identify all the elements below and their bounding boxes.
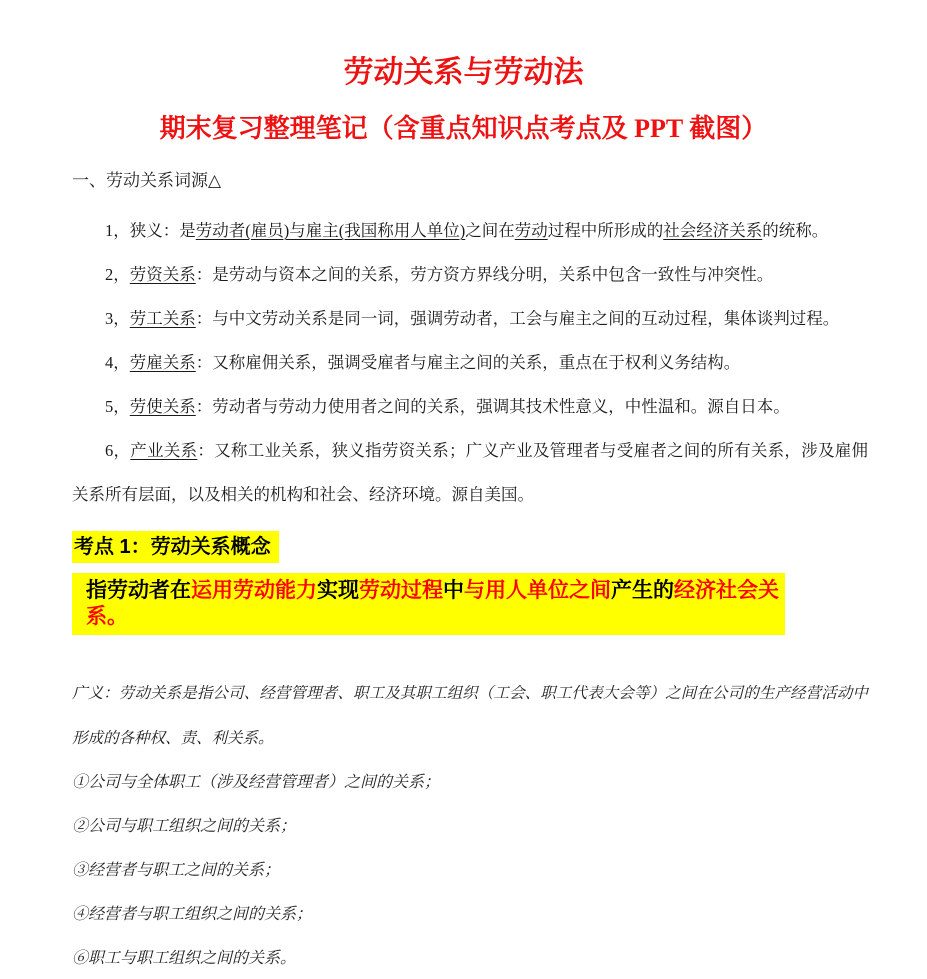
exam-point-heading: 考点 1：劳动关系概念 bbox=[72, 531, 279, 563]
text-segment: 的统称。 bbox=[762, 221, 828, 240]
text-segment: ：是劳动与资本之间的关系，劳方资方界线分明，关系中包含一致性与冲突性。 bbox=[196, 265, 774, 284]
term-item-4: 4，劳雇关系：又称雇佣关系，强调受雇者与雇主之间的关系，重点在于权利义务结构。 bbox=[72, 341, 868, 385]
text-segment: 3， bbox=[105, 309, 130, 328]
text-segment: 之间在 bbox=[465, 221, 515, 240]
section-heading-word-origin: 一、劳动关系词源△ bbox=[72, 169, 868, 193]
text-segment: 4， bbox=[105, 353, 130, 372]
text-segment: ：又称雇佣关系，强调受雇者与雇主之间的关系，重点在于权利义务结构。 bbox=[196, 353, 741, 372]
text-segment: ：与中文劳动关系是同一词，强调劳动者，工会与雇主之间的互动过程，集体谈判过程。 bbox=[196, 309, 840, 328]
document-body: 一、劳动关系词源△ 1，狭义：是劳动者(雇员)与雇主(我国称用人单位)之间在劳动… bbox=[72, 169, 868, 979]
document-page: 劳动关系与劳动法 期末复习整理笔记（含重点知识点考点及 PPT 截图） 一、劳动… bbox=[0, 0, 927, 979]
text-segment: 社会经济关系 bbox=[663, 221, 762, 240]
text-segment: 中 bbox=[443, 579, 464, 602]
broad-definition-paragraph: 广义：劳动关系是指公司、经营管理者、职工及其职工组织（工会、职工代表大会等）之间… bbox=[72, 671, 868, 761]
relation-list-item-1: ①公司与全体职工（涉及经营管理者）之间的关系； bbox=[72, 761, 868, 805]
text-segment: 过程中所形成的 bbox=[548, 221, 664, 240]
text-segment: 劳动过程 bbox=[359, 579, 443, 602]
text-segment: 实现 bbox=[317, 579, 359, 602]
text-segment: 与用人单位之间 bbox=[464, 579, 611, 602]
term-item-1: 1，狭义：是劳动者(雇员)与雇主(我国称用人单位)之间在劳动过程中所形成的社会经… bbox=[72, 209, 868, 253]
term-item-2: 2，劳资关系：是劳动与资本之间的关系，劳方资方界线分明，关系中包含一致性与冲突性… bbox=[72, 253, 868, 297]
text-segment: 劳工关系 bbox=[130, 309, 196, 328]
text-segment: 运用劳动能力 bbox=[191, 579, 317, 602]
page-subtitle: 期末复习整理笔记（含重点知识点考点及 PPT 截图） bbox=[0, 113, 927, 145]
relation-list: ①公司与全体职工（涉及经营管理者）之间的关系； ②公司与职工组织之间的关系； ③… bbox=[72, 761, 868, 979]
relation-list-item-3: ③经营者与职工之间的关系； bbox=[72, 849, 868, 893]
term-definition-list: 1，狭义：是劳动者(雇员)与雇主(我国称用人单位)之间在劳动过程中所形成的社会经… bbox=[72, 209, 868, 517]
exam-point-block: 考点 1：劳动关系概念 指劳动者在运用劳动能力实现劳动过程中与用人单位之间产生的… bbox=[72, 517, 868, 635]
text-segment: 2， bbox=[105, 265, 130, 284]
text-segment: 指劳动者在 bbox=[86, 579, 191, 602]
text-segment: 产业关系 bbox=[130, 441, 197, 460]
text-segment: 劳资关系 bbox=[130, 265, 196, 284]
term-item-5: 5，劳使关系：劳动者与劳动力使用者之间的关系，强调其技术性意义，中性温和。源自日… bbox=[72, 385, 868, 429]
relation-list-item-4: ④经营者与职工组织之间的关系； bbox=[72, 893, 868, 937]
text-segment: 6， bbox=[105, 441, 130, 460]
relation-list-item-5: ⑥职工与职工组织之间的关系。 bbox=[72, 937, 868, 979]
text-segment: ：劳动者与劳动力使用者之间的关系，强调其技术性意义，中性温和。源自日本。 bbox=[196, 397, 790, 416]
exam-point-definition: 指劳动者在运用劳动能力实现劳动过程中与用人单位之间产生的经济社会关系。 bbox=[72, 573, 785, 635]
relation-list-item-2: ②公司与职工组织之间的关系； bbox=[72, 805, 868, 849]
text-segment: 1，狭义：是 bbox=[105, 221, 196, 240]
text-segment: 5， bbox=[105, 397, 130, 416]
text-segment: 产生的 bbox=[611, 579, 674, 602]
term-item-3: 3，劳工关系：与中文劳动关系是同一词，强调劳动者，工会与雇主之间的互动过程，集体… bbox=[72, 297, 868, 341]
text-segment: 劳雇关系 bbox=[130, 353, 196, 372]
term-item-6: 6，产业关系：又称工业关系，狭义指劳资关系；广义产业及管理者与受雇者之间的所有关… bbox=[72, 429, 868, 517]
text-segment: 劳使关系 bbox=[130, 397, 196, 416]
text-segment: 劳动者(雇员)与雇主(我国称用人单位) bbox=[196, 221, 465, 240]
text-segment: 劳动 bbox=[515, 221, 548, 240]
page-title: 劳动关系与劳动法 bbox=[0, 55, 927, 91]
